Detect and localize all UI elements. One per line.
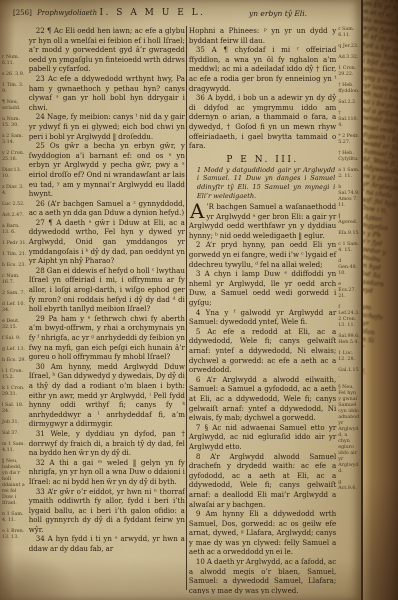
- margin-note: ‖ Neu, babedd, yn dis’r holl ddaiant a r…: [2, 459, 28, 507]
- drop-cap-initial: A: [189, 202, 206, 219]
- margin-note: a Barn. 13. 6.: [2, 224, 28, 236]
- right-text-column: Hophni a Phinees: ᵖ yn yr un dydd y bydd…: [189, 25, 336, 594]
- adjacent-page-text: yd hyny y dygaidym Eli yr hyn a ollyn ei…: [363, 0, 398, 387]
- verse-paragraph: 27 ¶ A daeth ᵃ gŵr i Dduw at Eli, ac a d…: [29, 218, 185, 266]
- book-photo: [256] Prophwydoliaeth I. S A M U E L. yn…: [0, 0, 398, 600]
- verse-paragraph: A’R bachgen Samuel a waſanaethodd yr Arg…: [189, 202, 336, 240]
- margin-note: s 26. 3.9.: [2, 72, 28, 78]
- margin-note: x 2 Sam. 3.14.: [2, 134, 28, 146]
- verses-after-chapter: 2 A’r pryd hynny, pan oedd Eli yn gorwed…: [189, 240, 336, 594]
- verse-paragraph: 26 (A’r bachgen Samuel a ᶻ gynnyddodd, a…: [29, 199, 185, 218]
- margin-note: q Jer.23.: [338, 44, 360, 50]
- margin-note: u Num. 15. 30.: [2, 117, 28, 129]
- margin-note: f Lef.24.3. 2 Cron. 13. 11.: [338, 305, 360, 329]
- verse-paragraph: 22 ¶ Ac Eli oedd hen iawn; ac efe a glyb…: [29, 26, 185, 74]
- verse-paragraph: 29 Pa ham y ᵉ ſethrwch chwi fy aberth a’…: [29, 314, 185, 362]
- left-margin-notes: r Num. 6.11.s 26. 3.9.1 Tim. 3. 9.¶ Neu,…: [0, 25, 29, 594]
- verse-paragraph: 28 Gan ei ddewis ef hefyd o holl ᶜ lwyth…: [29, 266, 185, 314]
- margin-note: l Sal. 18. 24.: [2, 403, 28, 415]
- verse-paragraph: 25 Os gŵr a becha yn erbyn gŵr, y ſwyddo…: [29, 141, 185, 199]
- margin-note: o 1 Bren. 13. 13.: [2, 529, 28, 541]
- verses-before-chapter: 35 A ¶ chyfodaf i mi ʳ offeiriad ffyddlo…: [189, 45, 336, 151]
- margin-note: Luc 2.52.: [2, 202, 28, 208]
- verse-paragraph: 2 A’r pryd hynny, pan oedd Eli yn gorwed…: [189, 240, 336, 269]
- verse-paragraph: 10 A daeth yr Arglwydd, ac a ſafodd, ac …: [189, 557, 336, 594]
- margin-note: 1 Pedr 31.: [2, 241, 28, 247]
- margin-note: c Num. 16.7.: [2, 274, 28, 286]
- margin-note: Gal.1.15.: [338, 368, 360, 380]
- verse-paragraph: 8 A’r Arglwydd alwodd Samuel drachefn y …: [189, 452, 336, 510]
- margin-note: y 2 Cron. 25.16.: [2, 151, 28, 163]
- margin-note: † Heb. ffyddlon.: [338, 83, 360, 95]
- verse-paragraph: 6 A’r Arglwydd a alwodd eilwaith, Samuel…: [189, 375, 336, 423]
- verse-paragraph: 31 Wele, y dyddiau yn dyfod, pan † dorrw…: [29, 429, 185, 458]
- margin-note: ‖ Agored.: [338, 214, 360, 226]
- margin-note: i 1 Cron. 15.2.: [2, 369, 28, 381]
- margin-note: 1 Luc. 12. 28.: [338, 351, 360, 363]
- margin-note: h Ecs. 29.: [2, 358, 28, 364]
- margin-note: r Num. 6.11.: [2, 55, 28, 67]
- margin-note: Diar.13. 10.: [2, 168, 28, 180]
- margin-note: d Lef. 10. 34.: [2, 302, 28, 314]
- margin-note: f Sal. 9.: [2, 336, 28, 342]
- margin-note: k 1 Cron. 29.31.: [2, 386, 28, 398]
- margin-note: * 2 Pedr. 5.27.: [338, 134, 360, 146]
- chapter-heading: P E N. III.: [189, 155, 336, 165]
- verse-text: ’R bachgen Samuel a waſanaethodd yr Argl…: [189, 202, 336, 240]
- margin-note: r Sam. 6.11.: [338, 27, 360, 39]
- left-text-column: 22 ¶ Ac Eli oedd hen iawn; ac efe a glyb…: [29, 25, 185, 594]
- verse-paragraph: 35 A ¶ chyfodaf i mi ʳ offeiriad ffyddlo…: [189, 45, 336, 93]
- margin-note: e Deut. 32.15.: [2, 319, 28, 331]
- page-header: [256] Prophwydoliaeth I. S A M U E L. yn…: [0, 8, 361, 23]
- margin-note: § Neu, Fel hyn y gwnai Samuel cyn iddo a…: [338, 385, 360, 475]
- margin-note: 1 Tim. 21.: [2, 252, 28, 258]
- margin-note: g Act.9.6.: [338, 480, 360, 492]
- right-margin-notes: r Sam. 6.11.q Jer.23.Ad.3.32.1 Cron. 29.…: [336, 25, 361, 594]
- verse-paragraph: 7 § Ac nid adwaenai Samuel etto yr Arglw…: [189, 423, 336, 452]
- verse-paragraph: 36 A bydd, i bob un a adewir yn dy dŷ di…: [189, 93, 336, 151]
- running-title-right: yn erbyn tŷ Eli.: [249, 9, 307, 18]
- adjacent-page-edge: yd hyny y dygaidym Eli yr hyn a ollyn ei…: [363, 0, 398, 600]
- margin-note: 1 Tim. 3. 9.: [2, 83, 28, 95]
- margin-note: † Heb. Cyſylltu.: [338, 151, 360, 163]
- verse-paragraph: 23 Ac efe a ddywedodd wrthynt hwy, Pa ha…: [29, 74, 185, 112]
- text-area: r Num. 6.11.s 26. 3.9.1 Tim. 3. 9.¶ Neu,…: [0, 25, 361, 594]
- verse-paragraph: 24 Nage, fy meibion: canys ᵗ nid da y ga…: [29, 112, 185, 141]
- verse-paragraph: 33 A’r gŵr o’r eiddot, yr hwn ni ⁿ thorr…: [29, 487, 185, 535]
- verse-paragraph: 5 Ac efe a redodd at Eli, ac a ddywedodd…: [189, 327, 336, 375]
- margin-note: c 1 Sam. 4. 15.: [338, 242, 360, 254]
- margin-note: d Gen.48. 10.: [338, 259, 360, 277]
- margin-note: Sal 37.: [2, 431, 28, 437]
- margin-note: † Sal.110. 4.: [338, 111, 360, 129]
- column-divider-rule: [186, 26, 187, 590]
- verse-paragraph: 4 Yna y ᶠ galwodd yr Arglwydd ar Samuel:…: [189, 308, 336, 327]
- margin-note: Sal.99.6. Heb.5.4.: [338, 334, 360, 346]
- margin-note: 1 Cron. 29.22.: [338, 66, 360, 78]
- verse-continuation: Hophni a Phinees: ᵖ yn yr un dydd y bydd…: [189, 26, 336, 45]
- margin-note: z Diar. 3. 4.: [2, 185, 28, 197]
- margin-note: m 1 Sam. 4.11.: [2, 442, 28, 454]
- verse-paragraph: 30 Am hynny, medd Arglwydd Dduw Iſrael, …: [29, 362, 185, 429]
- margin-note: Job 31.: [2, 420, 28, 426]
- margin-note: Act.2.47.: [2, 213, 28, 219]
- margin-note: Eſa.9.15: [338, 231, 360, 237]
- margin-note: n 1 Sam. 4. 11.: [2, 512, 28, 524]
- margin-note: g Lef. 13.: [2, 347, 28, 353]
- verse-paragraph: 34 A hyn fydd i ti yn ᵒ arwydd, yr hwn a…: [29, 534, 185, 553]
- bible-page: [256] Prophwydoliaeth I. S A M U E L. yn…: [0, 0, 361, 600]
- chapter-summary: 1 Modd y datguddiodd gair yr Arglwydd i …: [189, 166, 336, 200]
- margin-note: ¶ Neu, wriadd.: [2, 100, 28, 112]
- verse-paragraph: 3 A chyn i lamp Duw ᵉ ddiffoddi yn nheml…: [189, 269, 336, 307]
- margin-note: 2 Sam. 7.: [2, 291, 28, 297]
- margin-note: Sal.2.2.: [338, 100, 360, 106]
- verse-paragraph: 32 A thi a gai ᵐ weled ‖ gelyn yn fy nhr…: [29, 458, 185, 487]
- margin-note: e Ecs.27. 21.: [338, 282, 360, 300]
- margin-note: b Ecs. 23.: [2, 263, 28, 269]
- margin-note: Ad.3.32.: [338, 55, 360, 61]
- margin-note: b Sal.74.9. Amos 7. 11.: [338, 185, 360, 209]
- margin-note: a 1 Sam. 2. 11.: [338, 168, 360, 180]
- verse-paragraph: 9 Am hynny Eli a ddywedodd wrth Samuel, …: [189, 509, 336, 557]
